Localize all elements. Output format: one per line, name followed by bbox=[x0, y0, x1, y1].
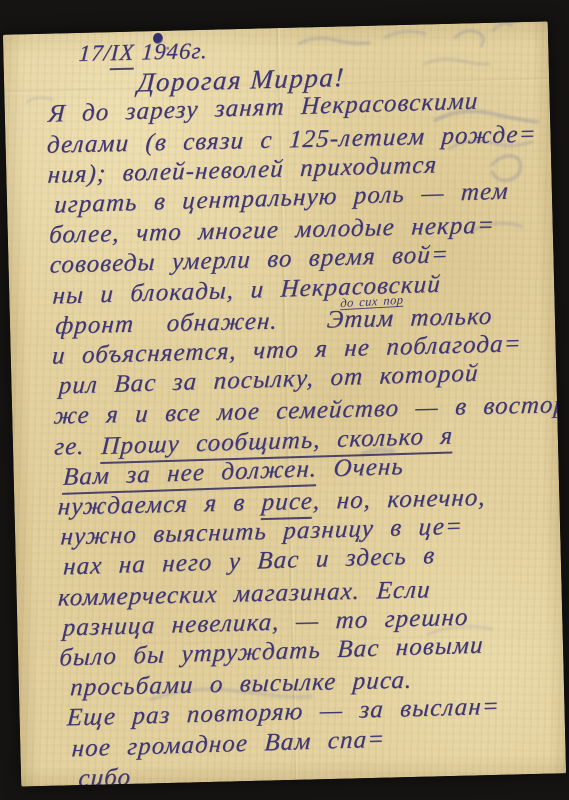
date-year: 1946г. bbox=[134, 38, 209, 65]
letter-paper: 17/IX 1946г. Дорогая Мирра! Я до зарезу … bbox=[3, 21, 566, 786]
letter-text-segment: ге. bbox=[53, 432, 101, 460]
letter-text-segment: нуждаемся я в bbox=[57, 489, 263, 521]
letter-text-segment: сибо bbox=[78, 764, 132, 787]
date-day: 17/ bbox=[78, 40, 112, 66]
letter-scan-photo: 17/IX 1946г. Дорогая Мирра! Я до зарезу … bbox=[0, 0, 569, 800]
letter-text-segment: , но, конечно, bbox=[312, 484, 486, 515]
letter-text: 17/IX 1946г. Дорогая Мирра! Я до зарезу … bbox=[43, 27, 566, 786]
letter-text-segment: Очень bbox=[316, 453, 404, 483]
date-month-roman: IX bbox=[110, 38, 136, 71]
